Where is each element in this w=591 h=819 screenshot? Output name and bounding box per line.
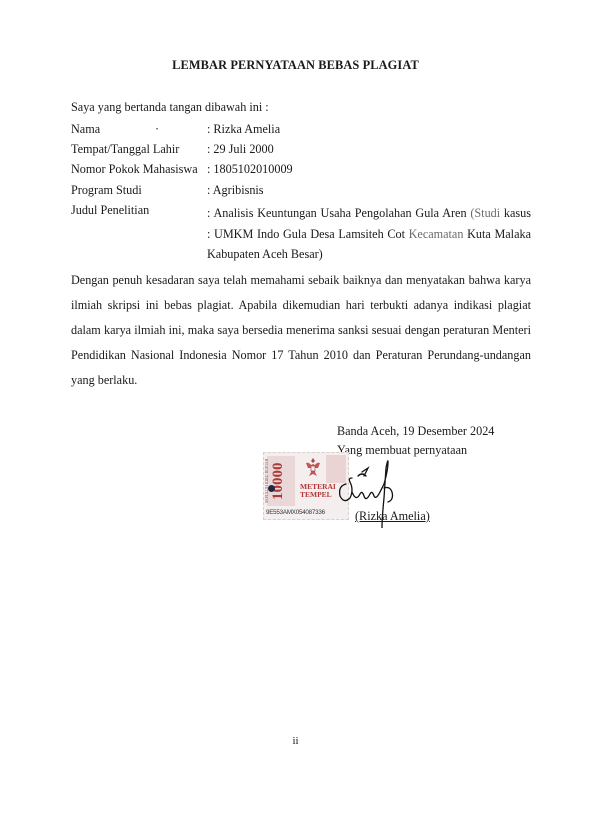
stamp-label-line: TEMPEL (300, 491, 336, 499)
statement-paragraph: Dengan penuh kesadaran saya telah memaha… (71, 268, 531, 393)
research-title: : Analisis Keuntungan Usaha Pengolahan G… (207, 203, 531, 265)
signer-name: (Rizka Amelia) (355, 509, 430, 524)
maker-label: Yang membuat pernyataan (337, 443, 467, 458)
document-title: LEMBAR PERNYATAAN BEBAS PLAGIAT (0, 58, 591, 73)
field-value: : Rizka Amelia (207, 122, 280, 137)
field-label: Judul Penelitian (71, 203, 149, 218)
place-date: Banda Aceh, 19 Desember 2024 (337, 424, 494, 439)
field-value: : 29 Juli 2000 (207, 142, 274, 157)
field-label: Program Studi (71, 183, 142, 198)
stamp-value: 10000 (270, 457, 292, 505)
stray-mark: · (155, 122, 159, 137)
research-title-part: Kecamatan (409, 227, 464, 241)
field-label: Nama (71, 122, 100, 137)
intro-text: Saya yang bertanda tangan dibawah ini : (71, 100, 269, 115)
stamp-label: METERAI TEMPEL (300, 483, 336, 499)
stamp-serial: 9E553AMX054087336 (266, 509, 325, 516)
page-number: ii (0, 735, 591, 747)
field-label: Tempat/Tanggal Lahir (71, 142, 179, 157)
research-title-part: : Analisis Keuntungan Usaha Pengolahan G… (207, 206, 470, 220)
hologram-icon (268, 485, 275, 492)
field-value: : Agribisnis (207, 183, 264, 198)
research-title-part: (Studi (470, 206, 500, 220)
field-value: : 1805102010009 (207, 162, 293, 177)
garuda-emblem-icon (304, 457, 322, 479)
field-label: Nomor Pokok Mahasiswa (71, 162, 198, 177)
